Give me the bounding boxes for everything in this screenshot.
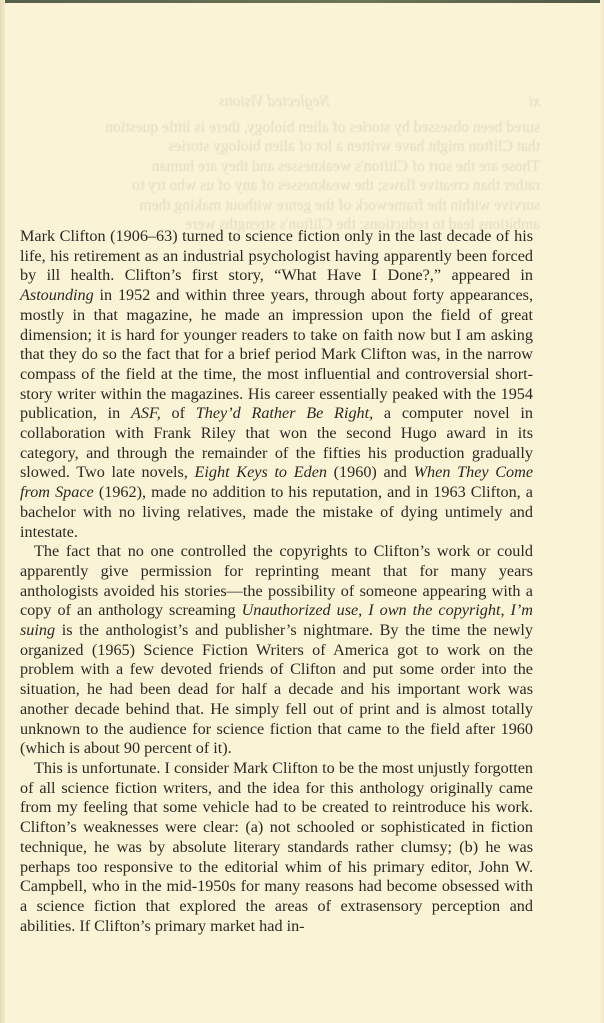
italic-title: Eight Keys to Eden bbox=[195, 463, 327, 481]
text-run: (1960) and bbox=[327, 463, 414, 481]
text-run: This is unfortunate. I consider Mark Cli… bbox=[20, 759, 533, 935]
page-left-edge bbox=[0, 0, 5, 1023]
bleed-through-header: xi Neglected Visions bbox=[20, 92, 540, 112]
text-run: is the anthologist’s and pub­lisher’s ni… bbox=[20, 621, 533, 757]
paragraph: This is unfortunate. I consider Mark Cli… bbox=[20, 759, 533, 936]
bleed-through-running-title: Neglected Visions bbox=[219, 92, 330, 112]
italic-title: They’d Rather Be Right, bbox=[196, 404, 373, 422]
bleed-through-line: rather than creative flaws; the weakness… bbox=[20, 176, 540, 196]
text-run: (1962), made no addition to his reputati… bbox=[20, 483, 533, 540]
bleed-through-text: xi Neglected Visions sured been obsessed… bbox=[20, 92, 540, 235]
paragraph: Mark Clifton (1906–63) turned to science… bbox=[20, 227, 533, 542]
text-run: Mark Clifton (1906–63) turned to science… bbox=[20, 227, 533, 284]
paragraph: The fact that no one controlled the copy… bbox=[20, 542, 533, 759]
bleed-through-line: Those are the sort of Clifton's weakness… bbox=[20, 157, 540, 177]
italic-title: ASF, bbox=[131, 404, 161, 422]
italic-title: Astounding bbox=[20, 286, 94, 304]
bleed-through-line: that Clifton might have written a lot of… bbox=[20, 137, 540, 157]
text-run: in 1952 and within three years, through … bbox=[20, 286, 533, 422]
text-run: of bbox=[161, 404, 196, 422]
bleed-through-line: survive within the framework of the genr… bbox=[20, 196, 540, 216]
bleed-through-line: sured been obsessed by stories of alien … bbox=[20, 118, 540, 138]
page-right-edge bbox=[600, 0, 604, 1023]
page-body-text: Mark Clifton (1906–63) turned to science… bbox=[20, 227, 533, 936]
page-top-edge bbox=[0, 0, 604, 3]
bleed-through-page-number: xi bbox=[529, 92, 540, 112]
